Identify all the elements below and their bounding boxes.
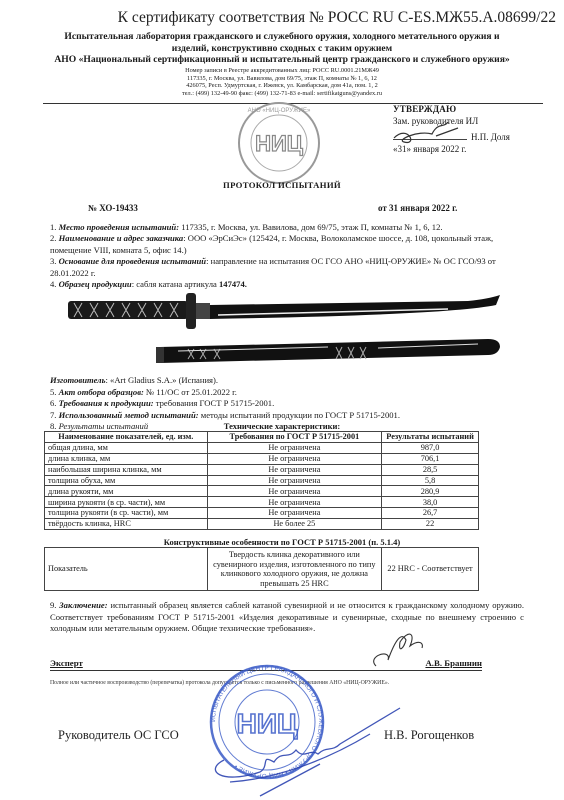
table-row: длина клинка, ммНе ограничена706,1 — [45, 453, 479, 464]
protocol-title: ПРОТОКОЛ ИСПЫТАНИЙ — [0, 180, 564, 190]
result-cell: 38,0 — [382, 497, 479, 508]
signature-line — [393, 139, 467, 140]
lab-line-1: Испытательная лаборатория гражданского и… — [0, 31, 564, 43]
item-5: 5. Акт отбора образцов: № 11/ОС от 25.01… — [50, 387, 525, 398]
certificate-reference: К сертификату соответствия № РОСС RU C-E… — [118, 9, 556, 27]
table-row: наибольшая ширина клинка, ммНе ограничен… — [45, 464, 479, 475]
svg-text:НИЦ: НИЦ — [237, 708, 298, 739]
expert-label: Эксперт — [50, 658, 83, 668]
col-header-name: Наименование показателей, ед. изм. — [45, 432, 208, 443]
laboratory-header: Испытательная лаборатория гражданского и… — [0, 31, 564, 66]
reproduction-note: Полное или частичное воспроизводство (пе… — [50, 680, 389, 686]
item-2: 2. Наименование и адрес заказчика: ООО «… — [50, 233, 525, 256]
org-name: АНО «Национальный сертификационный и исп… — [0, 54, 564, 66]
table-row: твёрдость клинка, HRCНе более 2522 — [45, 519, 479, 530]
table-header-row: Наименование показателей, ед. изм. Требо… — [45, 432, 479, 443]
requirement-cell: Не ограничена — [207, 486, 382, 497]
constructive-features-table: Показатель Твердость клинка декоративног… — [44, 547, 479, 591]
approver-name: Н.П. Доля — [471, 132, 510, 142]
param-name-cell: толщина рукояти (в ср. части), мм — [45, 508, 208, 519]
item-6: 6. Требования к продукции: требования ГО… — [50, 398, 525, 409]
protocol-date: от 31 января 2022 г. — [378, 203, 457, 213]
result-cell: 26,7 — [382, 508, 479, 519]
result-cell: 280,9 — [382, 486, 479, 497]
param-name-cell: длина клинка, мм — [45, 453, 208, 464]
table-row: толщина обуха, ммНе ограничена5,8 — [45, 475, 479, 486]
expert-signature-line: Эксперт А.В. Брашнин — [50, 658, 482, 671]
param-name-cell: ширина рукояти (в ср. части), мм — [45, 497, 208, 508]
result-cell: 5,8 — [382, 475, 479, 486]
svg-text:НИЦ: НИЦ — [255, 131, 303, 156]
stamp-icon: НИЦ АНО «НИЦ-ОРУЖИЕ» — [236, 100, 322, 186]
requirement-cell: Не ограничена — [207, 497, 382, 508]
approval-title: УТВЕРЖДАЮ — [393, 104, 510, 116]
col-header-requirement: Требования по ГОСТ Р 51715-2001 — [207, 432, 382, 443]
phone-email: тел.: (499) 132-49-90 факс: (499) 132-71… — [0, 90, 564, 98]
result-cell: 706,1 — [382, 453, 479, 464]
protocol-items: 1. Место проведения испытаний: 117335, г… — [50, 222, 525, 290]
param-name-cell: толщина обуха, мм — [45, 475, 208, 486]
director-signature-icon — [200, 690, 420, 800]
constr-table-caption: Конструктивные особенности по ГОСТ Р 517… — [0, 537, 564, 547]
head-name: Н.В. Рогощенков — [384, 728, 474, 743]
requirement-cell: Твердость клинка декоративного или сувен… — [207, 548, 382, 591]
result-cell: 22 — [382, 519, 479, 530]
expert-name: А.В. Брашнин — [425, 658, 482, 668]
result-cell: 22 HRC - Соответствует — [382, 548, 479, 591]
table-row: ширина рукояти (в ср. части), ммНе огран… — [45, 497, 479, 508]
katana-photo — [68, 293, 504, 373]
tech-table-caption: Технические характеристики: — [0, 421, 564, 431]
requirement-cell: Не ограничена — [207, 508, 382, 519]
requirement-cell: Не ограничена — [207, 475, 382, 486]
registry-number: Номер записи в Реестре аккредитованных л… — [0, 67, 564, 75]
approval-date: «31» января 2022 г. — [393, 144, 510, 156]
col-header-result: Результаты испытаний — [382, 432, 479, 443]
approval-position: Зам. руководителя ИЛ — [393, 116, 510, 128]
requirement-cell: Не ограничена — [207, 464, 382, 475]
param-name-cell: наибольшая ширина клинка, мм — [45, 464, 208, 475]
indicator-cell: Показатель — [45, 548, 208, 591]
param-name-cell: длина рукояти, мм — [45, 486, 208, 497]
result-cell: 987,0 — [382, 442, 479, 453]
param-name-cell: общая длина, мм — [45, 442, 208, 453]
table-row: Показатель Твердость клинка декоративног… — [45, 548, 479, 591]
requirement-cell: Не ограничена — [207, 442, 382, 453]
requirement-cell: Не ограничена — [207, 453, 382, 464]
lab-line-2: изделий, конструктивно сходных с таким о… — [0, 43, 564, 55]
item-3: 3. Основание для проведения испытаний: н… — [50, 256, 525, 279]
tech-characteristics-table: Наименование показателей, ед. изм. Требо… — [44, 431, 479, 530]
lab-contacts: Номер записи в Реестре аккредитованных л… — [0, 67, 564, 97]
svg-text:АНО «НИЦ-ОРУЖИЕ»: АНО «НИЦ-ОРУЖИЕ» — [248, 108, 311, 114]
param-name-cell: твёрдость клинка, HRC — [45, 519, 208, 530]
address-moscow: 117335, г. Москва, ул. Вавилова, дом 69/… — [0, 75, 564, 83]
table-row: общая длина, ммНе ограничена987,0 — [45, 442, 479, 453]
approval-block: УТВЕРЖДАЮ Зам. руководителя ИЛ Н.П. Доля… — [393, 104, 510, 155]
head-position: Руководитель ОС ГСО — [58, 728, 179, 743]
address-izhevsk: 426075, Респ. Удмуртская, г. Ижевск, ул.… — [0, 82, 564, 90]
protocol-number: № ХО-19433 — [88, 203, 138, 213]
result-cell: 28,5 — [382, 464, 479, 475]
item-1: 1. Место проведения испытаний: 117335, г… — [50, 222, 525, 233]
manufacturer: Изготовитель: «Art Gladius S.A.» (Испани… — [50, 375, 218, 385]
conclusion: 9. Заключение: испытанный образец являет… — [50, 600, 524, 635]
item-7: 7. Использованный метод испытаний: метод… — [50, 410, 525, 421]
item-4: 4. Образец продукции: сабля катана артик… — [50, 279, 525, 290]
table-row: толщина рукояти (в ср. части), ммНе огра… — [45, 508, 479, 519]
table-row: длина рукояти, ммНе ограничена280,9 — [45, 486, 479, 497]
requirement-cell: Не более 25 — [207, 519, 382, 530]
